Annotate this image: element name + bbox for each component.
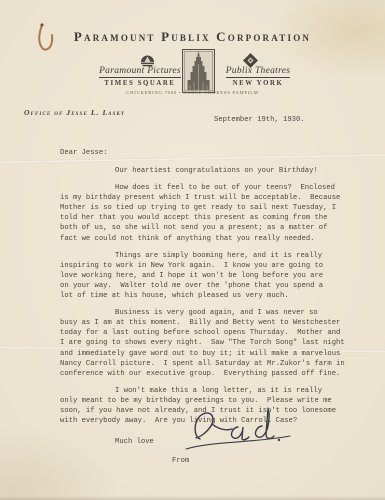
paragraph-4: Business is very good again, and I was n… (60, 308, 360, 379)
division-left-label: Paramount Pictures (99, 66, 181, 78)
paragraph-2: How does it feel to be out of your teens… (60, 183, 360, 244)
location-new-york: NEW YORK (212, 80, 304, 87)
division-paramount-pictures: Paramount Pictures (98, 66, 182, 76)
location-times-square: TIMES SQUARE (98, 80, 182, 87)
paragraph-3: Things are simply booming here, and it i… (60, 251, 360, 301)
paper-edge-shadow (0, 496, 385, 500)
contact-cable-line: CHICKERING 7000 • CABLE ADDRESS FAMFILM (0, 90, 385, 95)
division-publix-theatres: Publix Theatres (212, 66, 304, 76)
paramount-building-engraving-icon (182, 49, 215, 93)
paragraph-1: Our heartiest congratulations on your Bi… (60, 166, 360, 176)
office-of-line: Office of Jesse L. Lasky (24, 108, 125, 117)
from-label: From (60, 457, 360, 465)
letter-date: September 19th, 1930. (214, 116, 305, 124)
salutation: Dear Jesse: (60, 149, 360, 157)
company-name: Paramount Publix Corporation (0, 29, 385, 45)
signature-dad-handwritten (178, 403, 298, 455)
division-right-label: Publix Theatres (226, 66, 291, 78)
